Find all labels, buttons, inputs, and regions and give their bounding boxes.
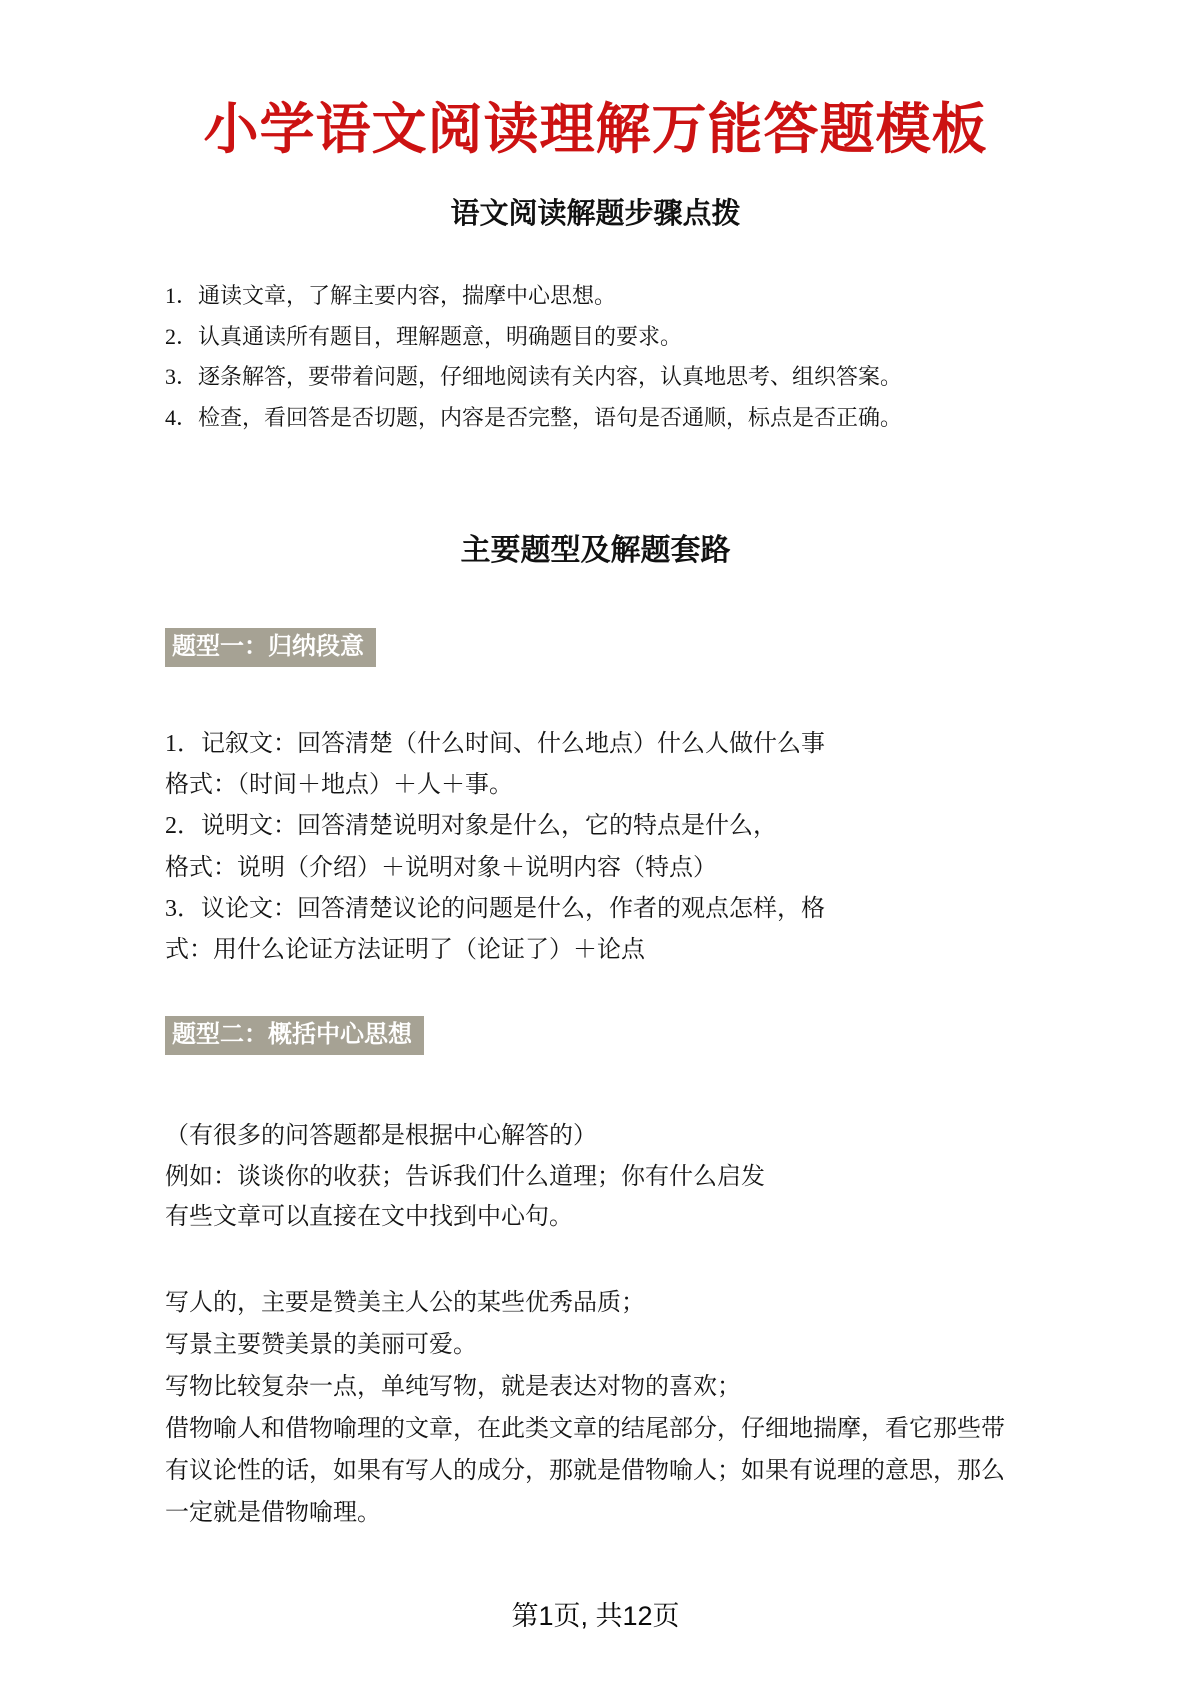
body-line: 1．记叙文：回答清楚（什么时间、什么地点）什么人做什么事 [165, 724, 1080, 765]
document-page: 小学语文阅读理解万能答题模板 语文阅读解题步骤点拨 1．通读文章，了解主要内容，… [0, 0, 1191, 1684]
body-line: 2．说明文：回答清楚说明对象是什么，它的特点是什么， [165, 806, 1080, 847]
type1-content: 1．记叙文：回答清楚（什么时间、什么地点）什么人做什么事 格式：（时间＋地点）＋… [165, 724, 1080, 971]
step-item: 3．逐条解答，要带着问题，仔细地阅读有关内容，认真地思考、组织答案。 [165, 357, 1065, 398]
page-number-footer: 第1页, 共12页 [0, 1598, 1191, 1634]
body-line: 有议论性的话，如果有写人的成分，那就是借物喻人；如果有说理的意思，那么 [165, 1450, 1080, 1492]
step-item: 2．认真通读所有题目，理解题意，明确题目的要求。 [165, 317, 1065, 358]
body-line: 3．议论文：回答清楚议论的问题是什么，作者的观点怎样，格 [165, 889, 1080, 930]
step-item: 1．通读文章，了解主要内容，揣摩中心思想。 [165, 276, 1065, 317]
body-line: 有些文章可以直接在文中找到中心句。 [165, 1197, 1080, 1238]
body-line: 写物比较复杂一点，单纯写物，就是表达对物的喜欢； [165, 1366, 1080, 1408]
type2-content-paragraph-2: 写人的，主要是赞美主人公的某些优秀品质； 写景主要赞美景的美丽可爱。 写物比较复… [165, 1282, 1080, 1534]
page-title: 小学语文阅读理解万能答题模板 [0, 98, 1191, 160]
body-line: 借物喻人和借物喻理的文章，在此类文章的结尾部分，仔细地揣摩，看它那些带 [165, 1408, 1080, 1450]
doc-subtitle: 语文阅读解题步骤点拨 [0, 194, 1191, 234]
main-section-heading: 主要题型及解题套路 [0, 531, 1191, 571]
step-item: 4．检查，看回答是否切题，内容是否完整，语句是否通顺，标点是否正确。 [165, 398, 1065, 439]
body-line: 格式：说明（介绍）＋说明对象＋说明内容（特点） [165, 848, 1080, 889]
type1-heading-highlight: 题型一：归纳段意 [165, 628, 376, 667]
body-line: 一定就是借物喻理。 [165, 1492, 1080, 1534]
body-line: 例如：谈谈你的收获；告诉我们什么道理；你有什么启发 [165, 1157, 1080, 1198]
body-line: 写景主要赞美景的美丽可爱。 [165, 1324, 1080, 1366]
reading-steps-list: 1．通读文章，了解主要内容，揣摩中心思想。 2．认真通读所有题目，理解题意，明确… [165, 276, 1065, 439]
type2-content-paragraph-1: （有很多的问答题都是根据中心解答的） 例如：谈谈你的收获；告诉我们什么道理；你有… [165, 1116, 1080, 1238]
body-line: 式：用什么论证方法证明了（论证了）＋论点 [165, 930, 1080, 971]
type2-heading-highlight: 题型二：概括中心思想 [165, 1016, 424, 1055]
body-line: 格式：（时间＋地点）＋人＋事。 [165, 765, 1080, 806]
body-line: 写人的，主要是赞美主人公的某些优秀品质； [165, 1282, 1080, 1324]
body-line: （有很多的问答题都是根据中心解答的） [165, 1116, 1080, 1157]
